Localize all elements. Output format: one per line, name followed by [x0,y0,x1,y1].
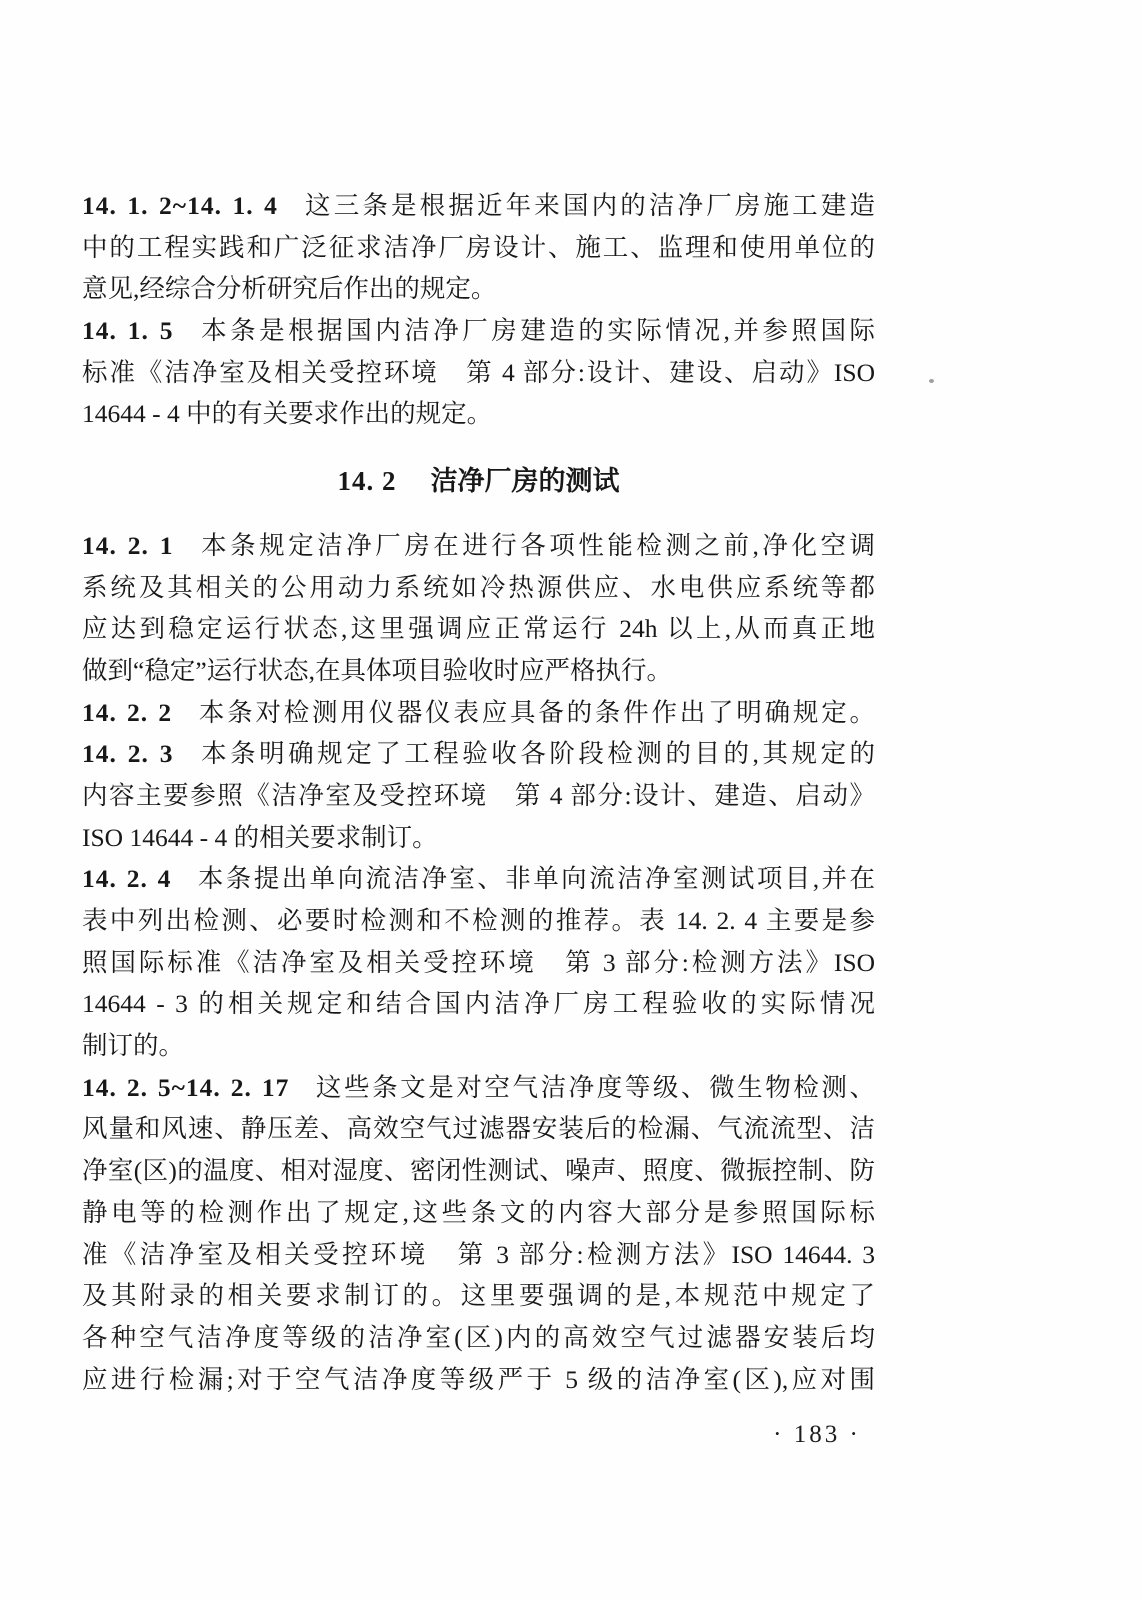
text-line: 14644 - 4 中的有关要求作出的规定。 [82,393,875,435]
clause-number: 14. 1. 2~14. 1. 4 [82,191,302,220]
clause-number: 14. 1. 5 [82,316,198,345]
clause-number: 14. 2. 4 [82,864,195,893]
text-line: ISO 14644 - 4 的相关要求制订。 [82,817,875,859]
text-line: 照国际标准《洁净室及相关受控环境 第 3 部分:检测方法》ISO [82,942,875,984]
text-line: 各种空气洁净度等级的洁净室(区)内的高效空气过滤器安装后均 [82,1317,875,1359]
text-line: 内容主要参照《洁净室及受控环境 第 4 部分:设计、建造、启动》 [82,775,875,817]
clause-number: 14. 2. 1 [82,531,198,560]
text-line: 14. 2. 4本条提出单向流洁净室、非单向流洁净室测试项目,并在 [82,858,875,900]
page-number: · 183 · [757,1421,877,1449]
text-line: 14. 1. 5本条是根据国内洁净厂房建造的实际情况,并参照国际 [82,310,875,352]
text-line: 中的工程实践和广泛征求洁净厂房设计、施工、监理和使用单位的 [82,227,875,269]
text-line: 14. 2. 3本条明确规定了工程验收各阶段检测的目的,其规定的 [82,733,875,775]
section-title: 洁净厂房的测试 [431,466,620,496]
scan-speck [929,379,934,383]
clause-number: 14. 2. 5~14. 2. 17 [82,1073,313,1102]
section-number: 14. 2 [338,466,431,496]
text-line: 14. 1. 2~14. 1. 4这三条是根据近年来国内的洁净厂房施工建造 [82,185,875,227]
section-heading: 14. 2洁净厂房的测试 [82,461,875,503]
text-line: 表中列出检测、必要时检测和不检测的推荐。表 14. 2. 4 主要是参 [82,900,875,942]
text-line: 14. 2. 5~14. 2. 17这些条文是对空气洁净度等级、微生物检测、 [82,1067,875,1109]
clause-number: 14. 2. 3 [82,739,198,768]
text-line: 14. 2. 1本条规定洁净厂房在进行各项性能检测之前,净化空调 [82,525,875,567]
text-line: 系统及其相关的公用动力系统如冷热源供应、水电供应系统等都 [82,567,875,609]
text-line: 标准《洁净室及相关受控环境 第 4 部分:设计、建设、启动》ISO [82,352,875,394]
text-line: 14. 2. 2本条对检测用仪器仪表应具备的条件作出了明确规定。 [82,692,875,734]
text-line: 静电等的检测作出了规定,这些条文的内容大部分是参照国际标 [82,1192,875,1234]
text-column: 14. 1. 2~14. 1. 4这三条是根据近年来国内的洁净厂房施工建造中的工… [82,185,875,1400]
text-line: 制订的。 [82,1025,875,1067]
text-line: 意见,经综合分析研究后作出的规定。 [82,268,875,310]
text-line: 准《洁净室及相关受控环境 第 3 部分:检测方法》ISO 14644. 3 [82,1234,875,1276]
text-line: 应进行检漏;对于空气洁净度等级严于 5 级的洁净室(区),应对围 [82,1359,875,1401]
document-page: 14. 1. 2~14. 1. 4这三条是根据近年来国内的洁净厂房施工建造中的工… [0,0,1142,1600]
text-line: 应达到稳定运行状态,这里强调应正常运行 24h 以上,从而真正地 [82,608,875,650]
text-line: 14644 - 3 的相关规定和结合国内洁净厂房工程验收的实际情况 [82,983,875,1025]
text-line: 做到“稳定”运行状态,在具体项目验收时应严格执行。 [82,650,875,692]
text-line: 风量和风速、静压差、高效空气过滤器安装后的检漏、气流流型、洁 [82,1108,875,1150]
text-line: 及其附录的相关要求制订的。这里要强调的是,本规范中规定了 [82,1275,875,1317]
clause-number: 14. 2. 2 [82,698,196,727]
text-line: 净室(区)的温度、相对湿度、密闭性测试、噪声、照度、微振控制、防 [82,1150,875,1192]
